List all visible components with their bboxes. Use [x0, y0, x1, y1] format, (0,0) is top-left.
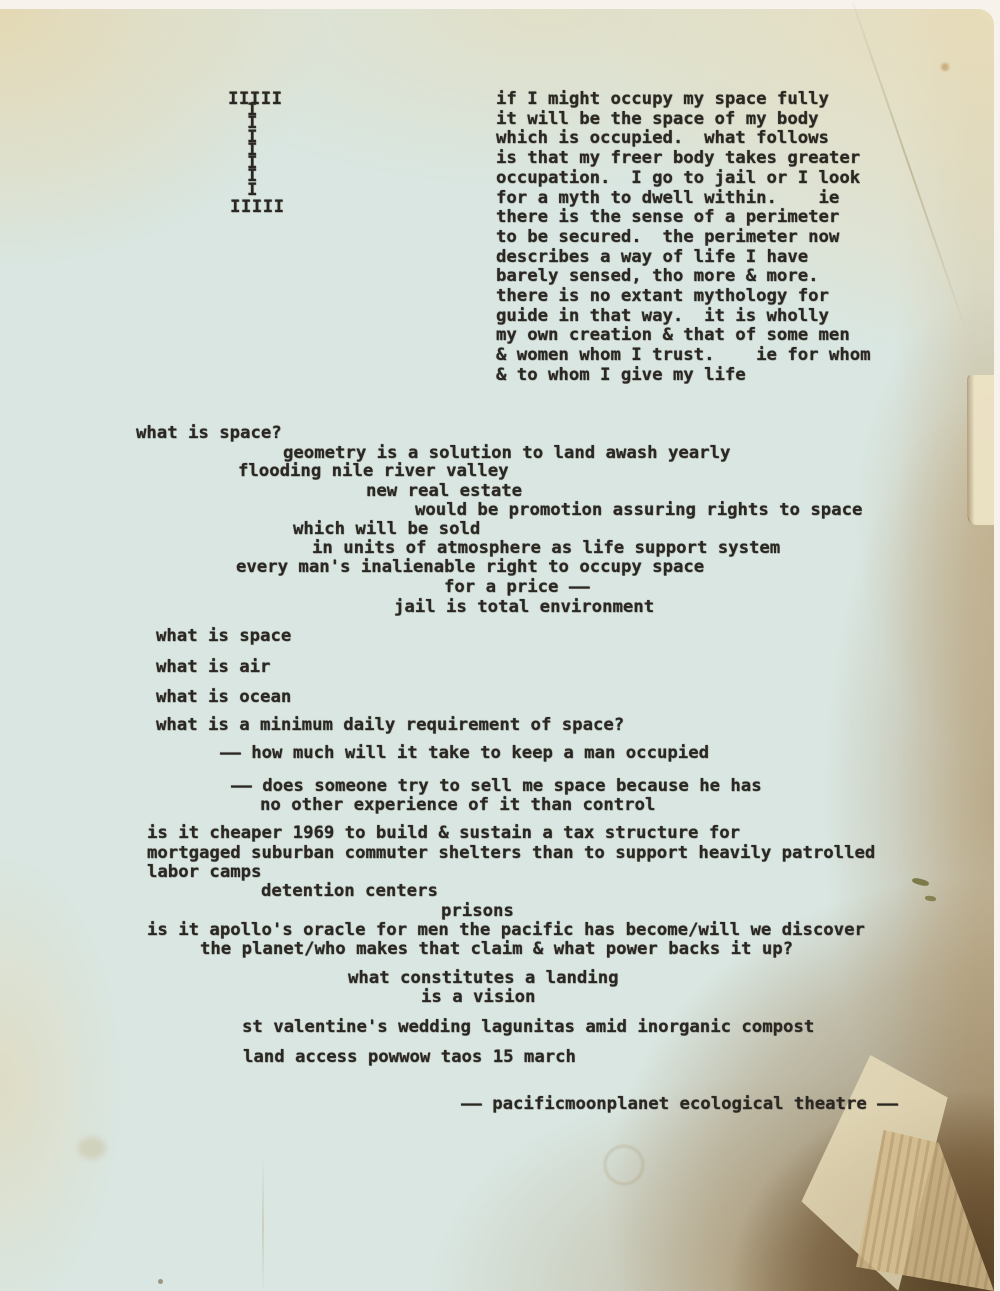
poem-line: what is space	[156, 627, 291, 646]
poem-line: the planet/who makes that claim & what p…	[200, 940, 793, 959]
poem-line: which will be sold	[293, 520, 480, 539]
poem-line: flooding nile river valley	[238, 462, 509, 481]
poem-line: —— does someone try to sell me space bec…	[231, 777, 762, 796]
poem-line: in units of atmosphere as life support s…	[312, 539, 780, 558]
poem-line: is it apollo's oracle for men the pacifi…	[147, 921, 865, 940]
poem-line: every man's inalienable right to occupy …	[236, 558, 704, 577]
poem-line: land access powwow taos 15 march	[243, 1048, 576, 1067]
poem-line: for a price ——	[444, 578, 590, 597]
poem-line: detention centers	[261, 882, 438, 901]
scanned-page: IIIII IIIIIII IIIII if I might occupy my…	[0, 0, 1000, 1291]
poem-line: jail is total environment	[394, 598, 654, 617]
poem-line: labor camps	[147, 863, 261, 882]
poem-line: what is a minimum daily requirement of s…	[156, 716, 624, 735]
poem-line: mortgaged suburban commuter shelters tha…	[147, 844, 875, 863]
typewritten-text-layer: IIIII IIIIIII IIIII if I might occupy my…	[0, 0, 1000, 1291]
poem-line: —— how much will it take to keep a man o…	[220, 744, 709, 763]
poem-line: what is space?	[136, 424, 282, 443]
poem-line: what is air	[156, 658, 270, 677]
poem-line: what constitutes a landing	[348, 969, 619, 988]
poem-line: st valentine's wedding lagunitas amid in…	[242, 1018, 814, 1037]
poem-line: new real estate	[366, 482, 522, 501]
poem-line: would be promotion assuring rights to sp…	[415, 501, 862, 520]
poem-body: what is space?geometry is a solution to …	[0, 0, 1000, 1291]
poem-line: no other experience of it than control	[260, 796, 655, 815]
poem-line: is a vision	[421, 988, 535, 1007]
poem-line: —— pacificmoonplanet ecological theatre …	[461, 1095, 898, 1114]
poem-line: what is ocean	[156, 688, 291, 707]
poem-line: prisons	[441, 902, 514, 921]
poem-line: is it cheaper 1969 to build & sustain a …	[147, 824, 740, 843]
